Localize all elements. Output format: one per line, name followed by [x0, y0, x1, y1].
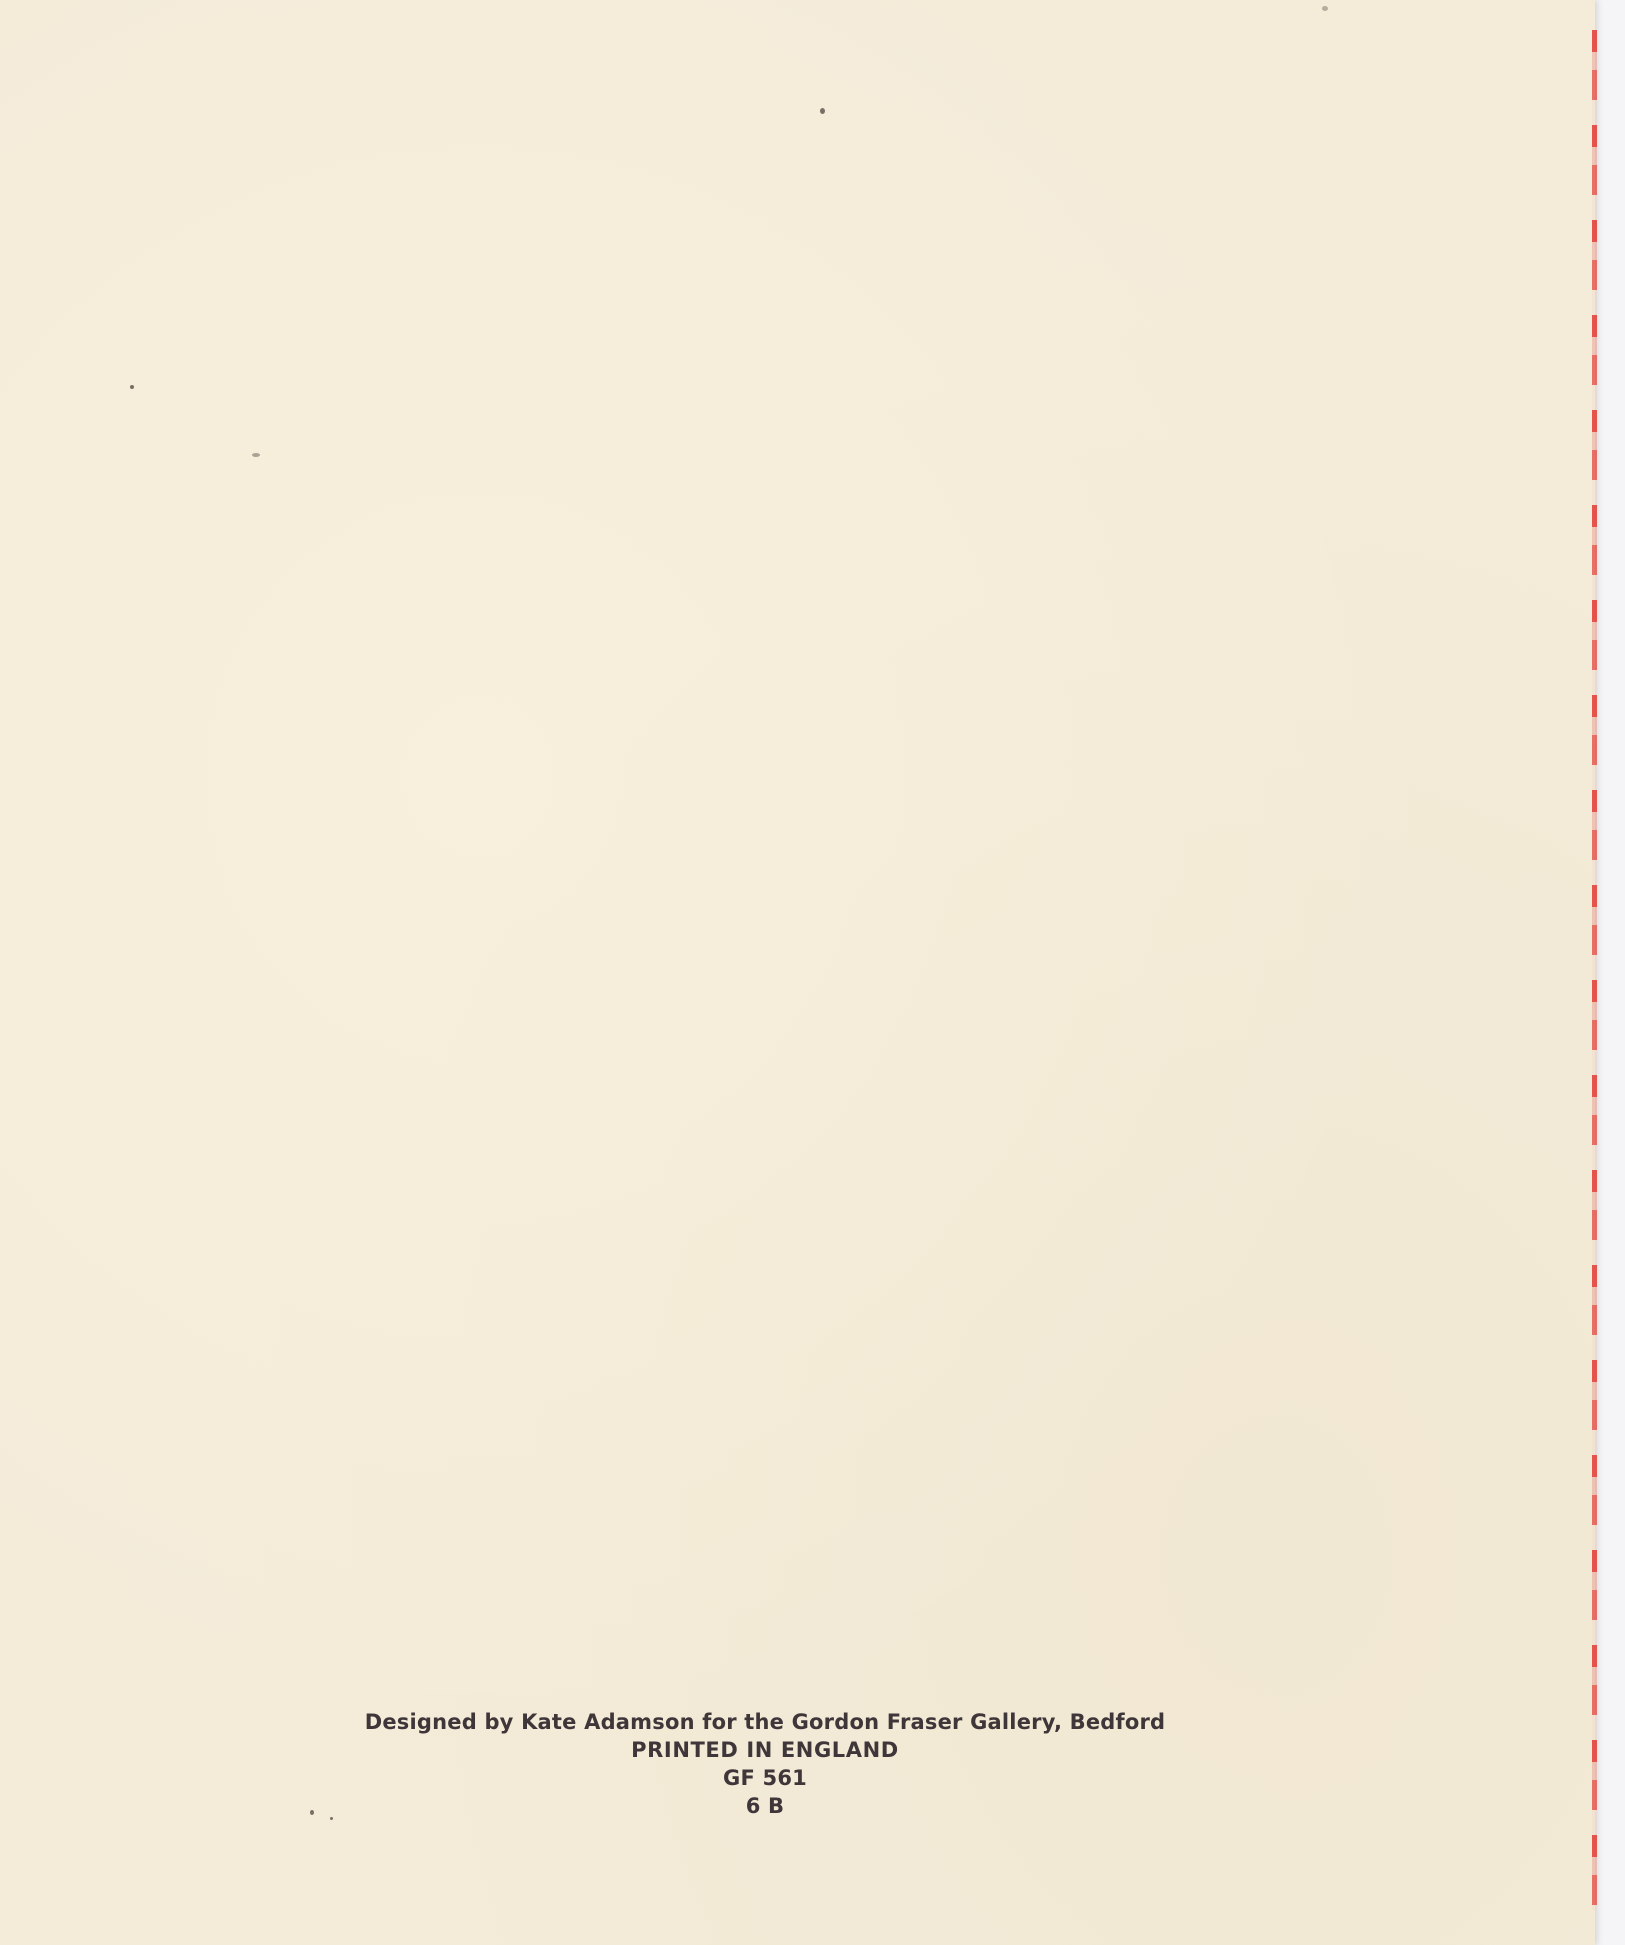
paper-speck	[130, 385, 134, 389]
paper-speck	[1322, 6, 1328, 11]
red-card-edge	[1592, 30, 1597, 1910]
paper-speck	[252, 453, 260, 457]
card-back-page: Designed by Kate Adamson for the Gordon …	[0, 0, 1595, 1945]
catalogue-number: GF 561	[0, 1764, 1530, 1792]
printed-in-england: PRINTED IN ENGLAND	[0, 1736, 1530, 1764]
paper-speck	[820, 108, 825, 114]
publisher-imprint: Designed by Kate Adamson for the Gordon …	[0, 1708, 1530, 1820]
designer-credit: Designed by Kate Adamson for the Gordon …	[0, 1708, 1530, 1736]
print-code: 6 B	[0, 1792, 1530, 1820]
